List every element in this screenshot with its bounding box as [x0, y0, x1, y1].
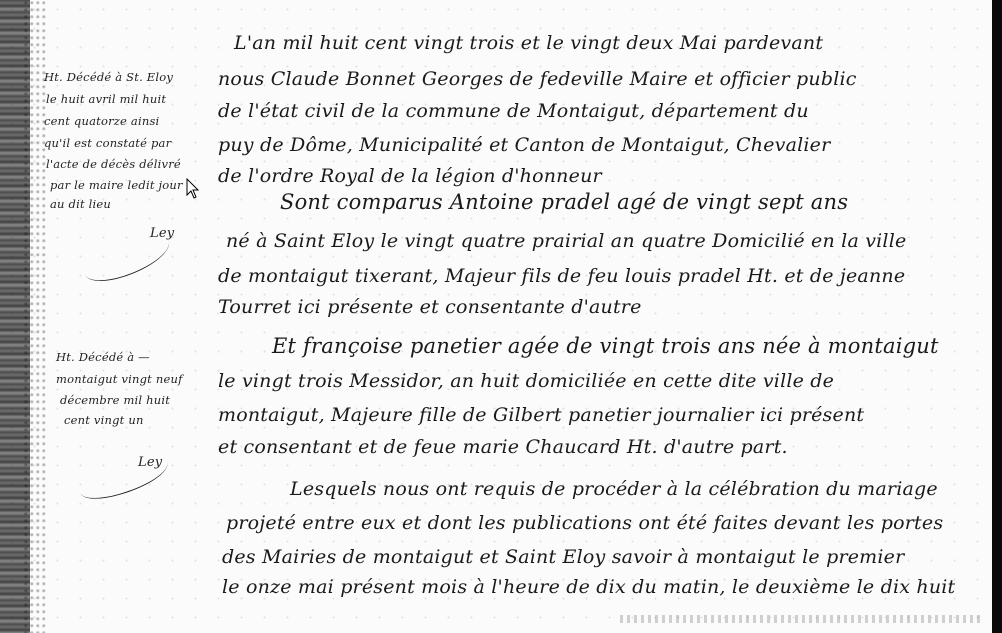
body-line: L'an mil huit cent vingt trois et le vin… [234, 32, 823, 54]
margin-note-line: Ht. Décédé à — [56, 350, 150, 364]
body-line: projeté entre eux et dont les publicatio… [226, 512, 943, 534]
body-line: de montaigut tixerant, Majeur fils de fe… [218, 265, 905, 287]
margin-note-line: cent vingt un [64, 413, 144, 427]
cropped-next-line [620, 615, 980, 623]
body-line: le vingt trois Messidor, an huit domicil… [218, 370, 834, 392]
scanned-register-page: Ht. Décédé à St. Eloy le huit avril mil … [0, 0, 1002, 633]
margin-note-line: montaigut vingt neuf [56, 372, 183, 386]
body-line: Tourret ici présente et consentante d'au… [218, 296, 642, 318]
margin-note-line: le huit avril mil huit [46, 92, 166, 106]
signature-flourish [76, 450, 173, 505]
body-line: nous Claude Bonnet Georges de fedeville … [218, 68, 857, 90]
body-line: né à Saint Eloy le vingt quatre prairial… [226, 230, 906, 252]
margin-note-line: Ht. Décédé à St. Eloy [44, 70, 173, 84]
page-gutter-noise [24, 0, 46, 633]
margin-note-line: l'acte de décès délivré [46, 157, 181, 171]
margin-note-line: au dit lieu [50, 197, 111, 211]
margin-note-line: par le maire ledit jour [50, 178, 183, 192]
body-line: le onze mai présent mois à l'heure de di… [222, 576, 955, 598]
page-right-border [992, 0, 1002, 633]
signature-flourish [79, 227, 175, 288]
body-line: des Mairies de montaigut et Saint Eloy s… [222, 546, 904, 568]
margin-note-line: décembre mil huit [60, 393, 170, 407]
margin-note-line: qu'il est constaté par [44, 136, 171, 150]
body-line: Sont comparus Antoine pradel agé de ving… [280, 190, 848, 214]
body-line: et consentant et de feue marie Chaucard … [218, 436, 788, 458]
margin-note-line: cent quatorze ainsi [44, 114, 159, 128]
body-line: Et françoise panetier agée de vingt troi… [272, 334, 939, 358]
body-line: de l'état civil de la commune de Montaig… [218, 100, 809, 122]
body-line: de l'ordre Royal de la légion d'honneur [218, 165, 602, 187]
body-line: puy de Dôme, Municipalité et Canton de M… [218, 134, 830, 156]
body-line: montaigut, Majeure fille de Gilbert pane… [218, 404, 864, 426]
body-line: Lesquels nous ont requis de procéder à l… [290, 478, 938, 500]
